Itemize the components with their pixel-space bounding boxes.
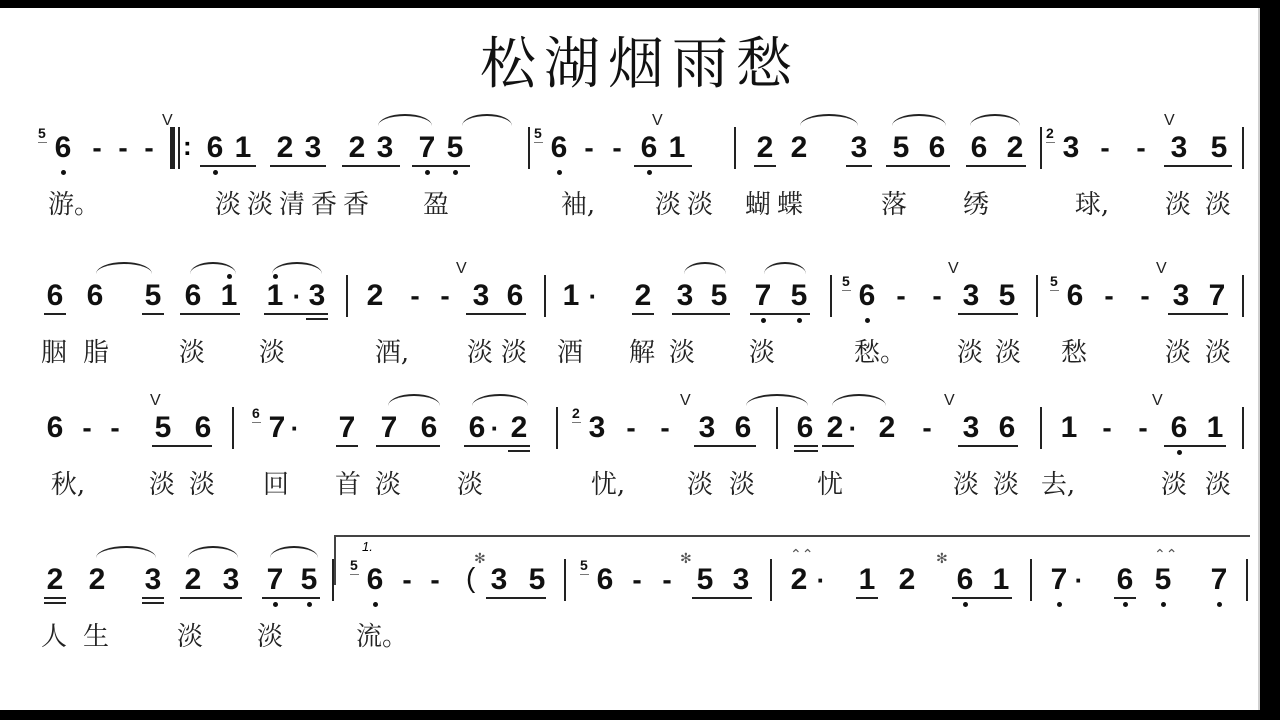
lyric-char: 淡 xyxy=(1160,470,1188,500)
repeat-colon-icon: : xyxy=(183,131,192,162)
dash-extension: - xyxy=(1132,413,1154,443)
note: 6 xyxy=(996,413,1018,443)
low-octave-dot-icon xyxy=(213,170,218,175)
beam-underline xyxy=(856,597,878,599)
note: 1 xyxy=(1058,413,1080,443)
note: 5 xyxy=(1208,133,1230,163)
note: 2 xyxy=(876,413,898,443)
dash-extension: - xyxy=(1134,281,1156,311)
barline xyxy=(776,407,778,449)
augmentation-dot: · xyxy=(290,413,300,443)
lyric-char: 绣 xyxy=(962,190,990,220)
lyric-char: 脂 xyxy=(82,338,110,368)
lyric-char: 淡 xyxy=(246,190,274,220)
barline xyxy=(830,275,832,317)
low-octave-dot-icon xyxy=(61,170,66,175)
note: 1 xyxy=(560,281,582,311)
lyric-char: 落 xyxy=(880,190,908,220)
beam-underline xyxy=(412,165,470,167)
note: 3 xyxy=(1170,281,1192,311)
lyric-char: 解 xyxy=(628,338,656,368)
lyric-char: 香 xyxy=(310,190,338,220)
beam-underline xyxy=(958,313,1018,315)
note: 2 xyxy=(364,281,386,311)
note: 3 xyxy=(696,413,718,443)
dash-extension: - xyxy=(890,281,912,311)
grace-note: 2 xyxy=(1046,126,1054,140)
lyric-char: 香 xyxy=(342,190,370,220)
lyric-char: 淡 xyxy=(1204,470,1232,500)
low-octave-dot-icon xyxy=(1057,602,1062,607)
beam-underline xyxy=(750,313,810,315)
beam-underline-2 xyxy=(794,450,818,452)
grace-note: 5 xyxy=(1050,274,1058,288)
beam-underline xyxy=(180,313,240,315)
breath-mark-icon: V xyxy=(456,260,467,278)
low-octave-dot-icon xyxy=(963,602,968,607)
augmentation-dot: · xyxy=(292,281,302,311)
lyric-char: 淡 xyxy=(668,338,696,368)
lyric-char: 愁 xyxy=(1060,338,1088,368)
high-octave-dot-icon xyxy=(227,274,232,279)
dash-extension: - xyxy=(76,413,98,443)
barline xyxy=(346,275,348,317)
dash-extension: - xyxy=(1096,413,1118,443)
lyric-char: 秋, xyxy=(40,470,96,500)
beam-underline xyxy=(466,313,526,315)
beam-underline xyxy=(264,313,328,315)
note: 3 xyxy=(142,565,164,595)
lyric-char: 胭 xyxy=(40,338,68,368)
note: 6 xyxy=(44,281,66,311)
dash-extension: - xyxy=(434,281,456,311)
dash-extension: - xyxy=(86,133,108,163)
note: 3 xyxy=(674,281,696,311)
beam-underline-2 xyxy=(508,450,530,452)
note: 6 xyxy=(44,413,66,443)
breath-mark-icon: V xyxy=(1156,260,1167,278)
lyric-char: 袖, xyxy=(550,190,606,220)
note: 3 xyxy=(470,281,492,311)
lyric-char: 淡 xyxy=(1204,190,1232,220)
lyric-char: 盈 xyxy=(422,190,450,220)
beam-underline xyxy=(966,165,1026,167)
lyric-char: 淡 xyxy=(1204,338,1232,368)
augmentation-dot: · xyxy=(588,281,598,311)
dash-extension: - xyxy=(606,133,628,163)
note: 7 xyxy=(378,413,400,443)
low-octave-dot-icon xyxy=(797,318,802,323)
beam-underline xyxy=(634,165,692,167)
volta-bracket xyxy=(334,535,1250,585)
beam-underline xyxy=(822,445,854,447)
lyric-char: 淡 xyxy=(728,470,756,500)
beam-underline xyxy=(486,597,546,599)
note: 1 xyxy=(218,281,240,311)
beam-underline xyxy=(342,165,400,167)
lyric-char: 首 xyxy=(334,470,362,500)
note: 6 xyxy=(182,281,204,311)
beam-underline xyxy=(262,597,320,599)
note: 5 xyxy=(152,413,174,443)
lyric-char: 酒, xyxy=(364,338,420,368)
breath-mark-icon: V xyxy=(652,112,663,130)
dash-extension: - xyxy=(138,133,160,163)
barline xyxy=(734,127,736,169)
barline xyxy=(232,407,234,449)
score-title: 松湖烟雨愁 xyxy=(0,20,1280,100)
breath-mark-icon: V xyxy=(944,392,955,410)
note: 6 xyxy=(732,413,754,443)
note: 6 xyxy=(466,413,488,443)
lyric-char: 淡 xyxy=(256,622,284,652)
lyric-char: 球, xyxy=(1064,190,1120,220)
note: 3 xyxy=(960,281,982,311)
note: 3 xyxy=(220,565,242,595)
note: 6 xyxy=(1064,281,1086,311)
lyric-char: 淡 xyxy=(148,470,176,500)
note: 2 xyxy=(508,413,530,443)
note: 2 xyxy=(754,133,776,163)
lyric-char: 人 xyxy=(40,622,68,652)
low-octave-dot-icon xyxy=(307,602,312,607)
breath-mark-icon: V xyxy=(150,392,161,410)
beam-underline xyxy=(846,165,872,167)
lyric-char: 游。 xyxy=(46,190,102,220)
lyric-char: 淡 xyxy=(992,470,1020,500)
note: 5 xyxy=(142,281,164,311)
lyric-char: 淡 xyxy=(214,190,242,220)
low-octave-dot-icon xyxy=(1177,450,1182,455)
lyric-char: 清 xyxy=(278,190,306,220)
note: 3 xyxy=(306,281,328,311)
lyric-char: 蝶 xyxy=(776,190,804,220)
note: 5 xyxy=(298,565,320,595)
grace-stroke-icon xyxy=(252,422,261,423)
dash-extension: - xyxy=(916,413,938,443)
beam-underline xyxy=(958,445,1018,447)
grace-stroke-icon xyxy=(1050,290,1059,291)
low-octave-dot-icon xyxy=(1123,602,1128,607)
low-octave-dot-icon xyxy=(1161,602,1166,607)
grace-stroke-icon xyxy=(38,142,47,143)
high-octave-dot-icon xyxy=(273,274,278,279)
lyric-char: 淡 xyxy=(456,470,484,500)
lyric-char: 忧 xyxy=(816,470,844,500)
note: 2 xyxy=(824,413,846,443)
low-octave-dot-icon xyxy=(425,170,430,175)
beam-underline-2 xyxy=(306,318,328,320)
grace-note: 5 xyxy=(38,126,46,140)
beam-underline xyxy=(1164,445,1226,447)
repeat-thin-barline xyxy=(178,127,180,169)
note: 3 xyxy=(586,413,608,443)
note: 2 xyxy=(346,133,368,163)
note: 5 xyxy=(708,281,730,311)
dash-extension: - xyxy=(104,413,126,443)
note: 6 xyxy=(968,133,990,163)
note: 6 xyxy=(856,281,878,311)
lyric-char: 回 xyxy=(262,470,290,500)
note: 7 xyxy=(752,281,774,311)
barline xyxy=(1036,275,1038,317)
note: 7 xyxy=(264,565,286,595)
beam-underline xyxy=(464,445,530,447)
note: 2 xyxy=(182,565,204,595)
beam-underline xyxy=(886,165,950,167)
note: 5 xyxy=(444,133,466,163)
lyric-char: 生 xyxy=(82,622,110,652)
note: 1 xyxy=(666,133,688,163)
lyric-char: 淡 xyxy=(374,470,402,500)
grace-stroke-icon xyxy=(1046,142,1055,143)
note: 6 xyxy=(84,281,106,311)
beam-underline xyxy=(152,445,212,447)
volta-label: 1. xyxy=(362,539,373,554)
beam-underline xyxy=(692,597,752,599)
note: 1 xyxy=(1204,413,1226,443)
note: 3 xyxy=(302,133,324,163)
low-octave-dot-icon xyxy=(557,170,562,175)
beam-underline xyxy=(200,165,256,167)
note: 3 xyxy=(960,413,982,443)
barline xyxy=(1040,407,1042,449)
dash-extension: - xyxy=(404,281,426,311)
note: 5 xyxy=(890,133,912,163)
beam-underline xyxy=(632,313,654,315)
dash-extension: - xyxy=(112,133,134,163)
note: 6 xyxy=(794,413,816,443)
breath-mark-icon: V xyxy=(162,112,173,130)
note: 7 xyxy=(266,413,288,443)
note: 5 xyxy=(996,281,1018,311)
lyric-char: 淡 xyxy=(1164,190,1192,220)
beam-underline xyxy=(142,313,164,315)
note: 6 xyxy=(1168,413,1190,443)
note: 7 xyxy=(416,133,438,163)
note: 6 xyxy=(548,133,570,163)
note: 6 xyxy=(504,281,526,311)
beam-underline xyxy=(672,313,730,315)
lyric-char: 流。 xyxy=(354,622,410,652)
note: 7 xyxy=(1206,281,1228,311)
grace-stroke-icon xyxy=(534,142,543,143)
lyric-char: 淡 xyxy=(188,470,216,500)
note: 3 xyxy=(848,133,870,163)
lyric-char: 淡 xyxy=(176,622,204,652)
barline xyxy=(556,407,558,449)
dash-extension: - xyxy=(1098,281,1120,311)
note: 2 xyxy=(632,281,654,311)
breath-mark-icon: V xyxy=(948,260,959,278)
beam-underline-2 xyxy=(142,602,164,604)
lyric-char: 淡 xyxy=(258,338,286,368)
beam-underline xyxy=(142,597,164,599)
grace-stroke-icon xyxy=(842,290,851,291)
breath-mark-icon: V xyxy=(680,392,691,410)
beam-underline xyxy=(1114,597,1136,599)
beam-underline xyxy=(376,445,440,447)
lyric-char: 淡 xyxy=(956,338,984,368)
beam-underline xyxy=(270,165,326,167)
dash-extension: - xyxy=(620,413,642,443)
dash-extension: - xyxy=(926,281,948,311)
dash-extension: - xyxy=(1094,133,1116,163)
grace-note: 2 xyxy=(572,406,580,420)
dash-extension: - xyxy=(578,133,600,163)
barline xyxy=(544,275,546,317)
beam-underline xyxy=(44,313,66,315)
low-octave-dot-icon xyxy=(647,170,652,175)
note: 1 xyxy=(264,281,286,311)
beam-underline xyxy=(336,445,358,447)
note: 5 xyxy=(788,281,810,311)
low-octave-dot-icon xyxy=(373,602,378,607)
note: 2 xyxy=(788,133,810,163)
note: 6 xyxy=(204,133,226,163)
beam-underline xyxy=(44,597,66,599)
note: 1 xyxy=(232,133,254,163)
low-octave-dot-icon xyxy=(453,170,458,175)
grace-note: 5 xyxy=(842,274,850,288)
lyric-char: 淡 xyxy=(748,338,776,368)
lyric-char: 淡 xyxy=(686,470,714,500)
dash-extension: - xyxy=(1130,133,1152,163)
beam-underline xyxy=(952,597,1012,599)
note: 2 xyxy=(86,565,108,595)
lyric-char: 淡 xyxy=(994,338,1022,368)
beam-underline xyxy=(1168,313,1228,315)
beam-underline xyxy=(694,445,756,447)
low-octave-dot-icon xyxy=(273,602,278,607)
beam-underline xyxy=(1164,165,1232,167)
note: 7 xyxy=(336,413,358,443)
barline xyxy=(1040,127,1042,169)
note: 6 xyxy=(638,133,660,163)
note: 6 xyxy=(52,133,74,163)
note: 2 xyxy=(44,565,66,595)
lyric-char: 愁。 xyxy=(852,338,908,368)
lyric-char: 淡 xyxy=(178,338,206,368)
barline xyxy=(1242,127,1244,169)
breath-mark-icon: V xyxy=(1152,392,1163,410)
lyric-char: 淡 xyxy=(686,190,714,220)
breath-mark-icon: V xyxy=(1164,112,1175,130)
lyric-char: 酒 xyxy=(556,338,584,368)
lyric-char: 淡 xyxy=(1164,338,1192,368)
barline xyxy=(1242,407,1244,449)
low-octave-dot-icon xyxy=(761,318,766,323)
barline xyxy=(528,127,530,169)
low-octave-dot-icon xyxy=(865,318,870,323)
barline xyxy=(1242,275,1244,317)
note: 6 xyxy=(926,133,948,163)
grace-stroke-icon xyxy=(572,422,581,423)
note: 6 xyxy=(192,413,214,443)
low-octave-dot-icon xyxy=(1217,602,1222,607)
beam-underline xyxy=(794,445,818,447)
note: 3 xyxy=(1060,133,1082,163)
note: 3 xyxy=(1168,133,1190,163)
lyric-char: 忧, xyxy=(580,470,636,500)
beam-underline-2 xyxy=(44,602,66,604)
beam-underline xyxy=(180,597,242,599)
grace-note: 6 xyxy=(252,406,260,420)
lyric-char: 淡 xyxy=(952,470,980,500)
repeat-thick-barline xyxy=(170,127,175,169)
lyric-char: 去, xyxy=(1030,470,1086,500)
augmentation-dot: · xyxy=(848,413,858,443)
lyric-char: 淡 xyxy=(654,190,682,220)
grace-note: 5 xyxy=(534,126,542,140)
note: 3 xyxy=(374,133,396,163)
lyric-char: 蝴 xyxy=(744,190,772,220)
lyric-char: 淡 xyxy=(466,338,494,368)
note: 2 xyxy=(1004,133,1026,163)
lyric-char: 淡 xyxy=(500,338,528,368)
dash-extension: - xyxy=(654,413,676,443)
note: 2 xyxy=(274,133,296,163)
augmentation-dot: · xyxy=(490,413,500,443)
note: 6 xyxy=(418,413,440,443)
beam-underline xyxy=(754,165,776,167)
